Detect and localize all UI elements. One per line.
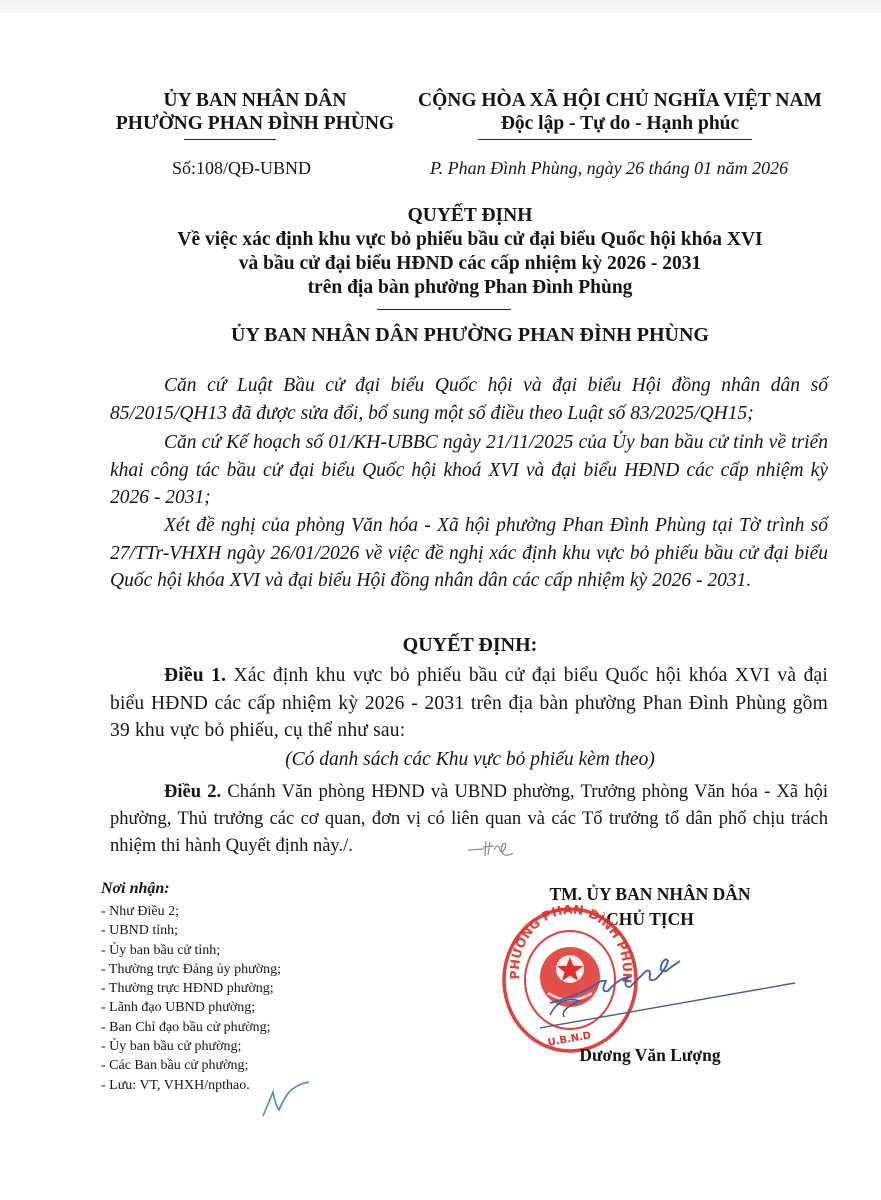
recipient-item: - Lưu: VT, VHXH/npthao. (101, 1076, 281, 1095)
title-subject-line-2: và bầu cử đại biểu HĐND các cấp nhiệm kỳ… (150, 252, 790, 276)
authority-heading: ỦY BAN NHÂN DÂN PHƯỜNG PHAN ĐÌNH PHÙNG (100, 324, 840, 347)
recipient-item: - Như Điều 2; (101, 902, 281, 921)
preamble-text: Căn cứ Luật Bầu cử đại biểu Quốc hội và … (110, 375, 828, 424)
national-motto: Độc lập - Tự do - Hạnh phúc (400, 112, 840, 135)
recipient-item: - Ủy ban bầu cử tỉnh; (101, 941, 281, 960)
article-2-label: Điều 2. (164, 782, 221, 802)
recipient-item: - UBND tỉnh; (101, 921, 281, 940)
title-underline (377, 309, 511, 310)
article-1: Điều 1. Xác định khu vực bỏ phiếu bầu cử… (110, 662, 828, 745)
recipient-item: - Lãnh đạo UBND phường; (101, 998, 281, 1017)
issuer-underline (184, 139, 276, 140)
handwritten-signature-icon (540, 935, 810, 1045)
recipients-list: - Như Điều 2; - UBND tỉnh; - Ủy ban bầu … (101, 902, 281, 1095)
recipients-title: Nơi nhận: (101, 880, 170, 898)
decision-heading: QUYẾT ĐỊNH: (100, 634, 840, 657)
preamble-paragraph: Căn cứ Luật Bầu cử đại biểu Quốc hội và … (110, 372, 828, 427)
motto-underline (478, 139, 752, 140)
recipient-item: - Thường trực Đảng ủy phường; (101, 960, 281, 979)
recipient-item: - Các Ban bầu cử phường; (101, 1056, 281, 1075)
place-date: P. Phan Đình Phùng, ngày 26 tháng 01 năm… (430, 158, 788, 179)
national-motto-block: CỘNG HÒA XÃ HỘI CHỦ NGHĨA VIỆT NAM Độc l… (400, 89, 840, 135)
preamble-text: Căn cứ Kế hoạch số 01/KH-UBBC ngày 21/11… (110, 432, 828, 508)
signer-name: Dương Văn Lượng (490, 1045, 810, 1066)
preamble-paragraph: Xét đề nghị của phòng Văn hóa - Xã hội p… (110, 512, 828, 595)
paraph-mark-icon (255, 1080, 315, 1120)
preamble-text: Xét đề nghị của phòng Văn hóa - Xã hội p… (110, 515, 828, 591)
recipient-item: - Thường trực HĐND phường; (101, 979, 281, 998)
nation-name: CỘNG HÒA XÃ HỘI CHỦ NGHĨA VIỆT NAM (400, 89, 840, 112)
document-title: QUYẾT ĐỊNH Về việc xác định khu vực bỏ p… (150, 204, 790, 300)
title-subject-line-1: Về việc xác định khu vực bỏ phiếu bầu cử… (150, 228, 790, 252)
article-1-label: Điều 1. (164, 665, 226, 686)
issuer-line-1: ỦY BAN NHÂN DÂN (100, 89, 410, 112)
attachment-note: (Có danh sách các Khu vực bỏ phiếu kèm t… (100, 749, 840, 771)
document-number: Số:108/QĐ-UBND (172, 158, 311, 179)
viewer-top-bar (0, 0, 881, 13)
title-heading: QUYẾT ĐỊNH (150, 204, 790, 228)
initials-mark-icon (466, 836, 516, 860)
recipient-item: - Ban Chỉ đạo bầu cử phường; (101, 1018, 281, 1037)
signature-on-behalf: TM. ỦY BAN NHÂN DÂN (490, 882, 810, 907)
issuer-line-2: PHƯỜNG PHAN ĐÌNH PHÙNG (100, 112, 410, 135)
preamble-paragraph: Căn cứ Kế hoạch số 01/KH-UBBC ngày 21/11… (110, 429, 828, 512)
recipient-item: - Ủy ban bầu cử phường; (101, 1037, 281, 1056)
title-subject-line-3: trên địa bàn phường Phan Đình Phùng (150, 276, 790, 300)
issuer-block: ỦY BAN NHÂN DÂN PHƯỜNG PHAN ĐÌNH PHÙNG (100, 89, 410, 135)
